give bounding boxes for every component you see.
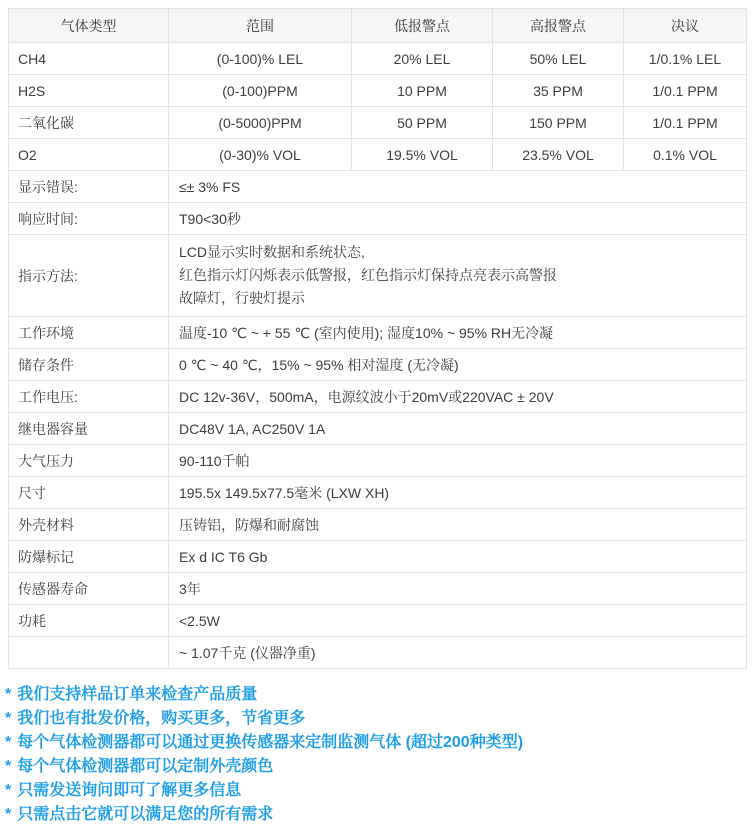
gas-table-header-row: 气体类型 范围 低报警点 高报警点 决议 xyxy=(9,9,747,43)
promo-note-send-inquiry: *只需发送询问即可了解更多信息 xyxy=(5,779,753,803)
spec-row-display-error: 显示错误: ≤± 3% FS xyxy=(9,171,747,203)
spec-value: 90-110千帕 xyxy=(169,445,747,477)
promo-note-custom-shell-color: *每个气体检测器都可以定制外壳颜色 xyxy=(5,755,753,779)
promo-note-click-for-needs: *只需点击它就可以满足您的所有需求 xyxy=(5,803,753,827)
spec-row-shell-material: 外壳材料 压铸铝，防爆和耐腐蚀 xyxy=(9,509,747,541)
gas-resolution-cell: 1/0.1 PPM xyxy=(624,75,747,107)
spec-label: 工作环境 xyxy=(9,317,169,349)
spec-label: 继电器容量 xyxy=(9,413,169,445)
asterisk-marker: * xyxy=(5,707,11,731)
gas-name-cell: H2S xyxy=(9,75,169,107)
gas-name-cell: 二氧化碳 xyxy=(9,107,169,139)
asterisk-marker: * xyxy=(5,803,11,827)
gas-range-cell: (0-5000)PPM xyxy=(169,107,352,139)
promo-note-sample-order: *我们支持样品订单来检查产品质量 xyxy=(5,683,753,707)
header-high-alarm: 高报警点 xyxy=(493,9,624,43)
gas-resolution-cell: 1/0.1 PPM xyxy=(624,107,747,139)
spec-label: 外壳材料 xyxy=(9,509,169,541)
spec-value: ≤± 3% FS xyxy=(169,171,747,203)
spec-label: 功耗 xyxy=(9,605,169,637)
gas-name-cell: CH4 xyxy=(9,43,169,75)
gas-range-cell: (0-100)PPM xyxy=(169,75,352,107)
spec-value: ~ 1.07千克 (仪器净重) xyxy=(169,637,747,669)
gas-name-cell: O2 xyxy=(9,139,169,171)
spec-row-atmospheric-pressure: 大气压力 90-110千帕 xyxy=(9,445,747,477)
promo-note-text: 我们也有批发价格，购买更多，节省更多 xyxy=(17,710,305,727)
spec-row-sensor-life: 传感器寿命 3年 xyxy=(9,573,747,605)
gas-high-alarm-cell: 150 PPM xyxy=(493,107,624,139)
spec-label: 指示方法: xyxy=(9,235,169,317)
spec-label: 传感器寿命 xyxy=(9,573,169,605)
gas-row-h2s: H2S (0-100)PPM 10 PPM 35 PPM 1/0.1 PPM xyxy=(9,75,747,107)
gas-row-o2: O2 (0-30)% VOL 19.5% VOL 23.5% VOL 0.1% … xyxy=(9,139,747,171)
spec-row-working-environment: 工作环境 温度-10 ℃ ~ + 55 ℃ (室内使用); 湿度10% ~ 95… xyxy=(9,317,747,349)
spec-row-weight: ~ 1.07千克 (仪器净重) xyxy=(9,637,747,669)
header-range: 范围 xyxy=(169,9,352,43)
gas-low-alarm-cell: 19.5% VOL xyxy=(352,139,493,171)
promo-note-custom-sensor: *每个气体检测器都可以通过更换传感器来定制监测气体 (超过200种类型) xyxy=(5,731,753,755)
gas-low-alarm-cell: 20% LEL xyxy=(352,43,493,75)
spec-value: 0 ℃ ~ 40 ℃，15% ~ 95% 相对湿度 (无冷凝) xyxy=(169,349,747,381)
asterisk-marker: * xyxy=(5,755,11,779)
gas-resolution-cell: 0.1% VOL xyxy=(624,139,747,171)
spec-value: 195.5x 149.5x77.5毫米 (LXW XH) xyxy=(169,477,747,509)
product-spec-page: 气体类型 范围 低报警点 高报警点 决议 CH4 (0-100)% LEL 20… xyxy=(0,0,753,837)
header-resolution: 决议 xyxy=(624,9,747,43)
spec-row-indication-method: 指示方法: LCD显示实时数据和系统状态, 红色指示灯闪烁表示低警报，红色指示灯… xyxy=(9,235,747,317)
spec-value: <2.5W xyxy=(169,605,747,637)
spec-row-storage-conditions: 储存条件 0 ℃ ~ 40 ℃，15% ~ 95% 相对湿度 (无冷凝) xyxy=(9,349,747,381)
spec-value-line: 故障灯，行驶灯提示 xyxy=(179,287,746,310)
gas-row-co2: 二氧化碳 (0-5000)PPM 50 PPM 150 PPM 1/0.1 PP… xyxy=(9,107,747,139)
spec-value: 压铸铝，防爆和耐腐蚀 xyxy=(169,509,747,541)
promo-note-text: 只需点击它就可以满足您的所有需求 xyxy=(17,806,273,823)
spec-value: 温度-10 ℃ ~ + 55 ℃ (室内使用); 湿度10% ~ 95% RH无… xyxy=(169,317,747,349)
spec-value-line: 红色指示灯闪烁表示低警报，红色指示灯保持点亮表示高警报 xyxy=(179,264,746,287)
gas-low-alarm-cell: 50 PPM xyxy=(352,107,493,139)
asterisk-marker: * xyxy=(5,779,11,803)
spec-row-response-time: 响应时间: T90<30秒 xyxy=(9,203,747,235)
spec-label: 工作电压: xyxy=(9,381,169,413)
asterisk-marker: * xyxy=(5,731,11,755)
gas-range-cell: (0-100)% LEL xyxy=(169,43,352,75)
spec-row-power-consumption: 功耗 <2.5W xyxy=(9,605,747,637)
gas-high-alarm-cell: 23.5% VOL xyxy=(493,139,624,171)
spec-label: 显示错误: xyxy=(9,171,169,203)
spec-label xyxy=(9,637,169,669)
spec-label: 尺寸 xyxy=(9,477,169,509)
promo-note-text: 每个气体检测器都可以定制外壳颜色 xyxy=(17,758,273,775)
spec-label: 储存条件 xyxy=(9,349,169,381)
promo-notes: *我们支持样品订单来检查产品质量 *我们也有批发价格，购买更多，节省更多 *每个… xyxy=(5,683,753,827)
gas-low-alarm-cell: 10 PPM xyxy=(352,75,493,107)
promo-note-text: 每个气体检测器都可以通过更换传感器来定制监测气体 (超过200种类型) xyxy=(17,734,523,751)
gas-high-alarm-cell: 50% LEL xyxy=(493,43,624,75)
spec-value: T90<30秒 xyxy=(169,203,747,235)
promo-note-text: 只需发送询问即可了解更多信息 xyxy=(17,782,241,799)
spec-value: 3年 xyxy=(169,573,747,605)
gas-range-cell: (0-30)% VOL xyxy=(169,139,352,171)
promo-note-wholesale-price: *我们也有批发价格，购买更多，节省更多 xyxy=(5,707,753,731)
header-low-alarm: 低报警点 xyxy=(352,9,493,43)
gas-row-ch4: CH4 (0-100)% LEL 20% LEL 50% LEL 1/0.1% … xyxy=(9,43,747,75)
spec-row-explosion-proof-mark: 防爆标记 Ex d IC T6 Gb xyxy=(9,541,747,573)
gas-high-alarm-cell: 35 PPM xyxy=(493,75,624,107)
spec-label: 大气压力 xyxy=(9,445,169,477)
spec-row-working-voltage: 工作电压: DC 12v-36V，500mA，电源纹波小于20mV或220VAC… xyxy=(9,381,747,413)
spec-value-line: LCD显示实时数据和系统状态, xyxy=(179,241,746,264)
spec-value: DC 12v-36V，500mA，电源纹波小于20mV或220VAC ± 20V xyxy=(169,381,747,413)
gas-resolution-cell: 1/0.1% LEL xyxy=(624,43,747,75)
promo-note-text: 我们支持样品订单来检查产品质量 xyxy=(17,686,257,703)
gas-detector-spec-table: 气体类型 范围 低报警点 高报警点 决议 CH4 (0-100)% LEL 20… xyxy=(8,8,747,669)
header-gas-type: 气体类型 xyxy=(9,9,169,43)
spec-label: 防爆标记 xyxy=(9,541,169,573)
spec-label: 响应时间: xyxy=(9,203,169,235)
spec-row-dimensions: 尺寸 195.5x 149.5x77.5毫米 (LXW XH) xyxy=(9,477,747,509)
spec-value: DC48V 1A, AC250V 1A xyxy=(169,413,747,445)
asterisk-marker: * xyxy=(5,683,11,707)
spec-row-relay-capacity: 继电器容量 DC48V 1A, AC250V 1A xyxy=(9,413,747,445)
spec-value: LCD显示实时数据和系统状态, 红色指示灯闪烁表示低警报，红色指示灯保持点亮表示… xyxy=(169,235,747,317)
spec-value: Ex d IC T6 Gb xyxy=(169,541,747,573)
